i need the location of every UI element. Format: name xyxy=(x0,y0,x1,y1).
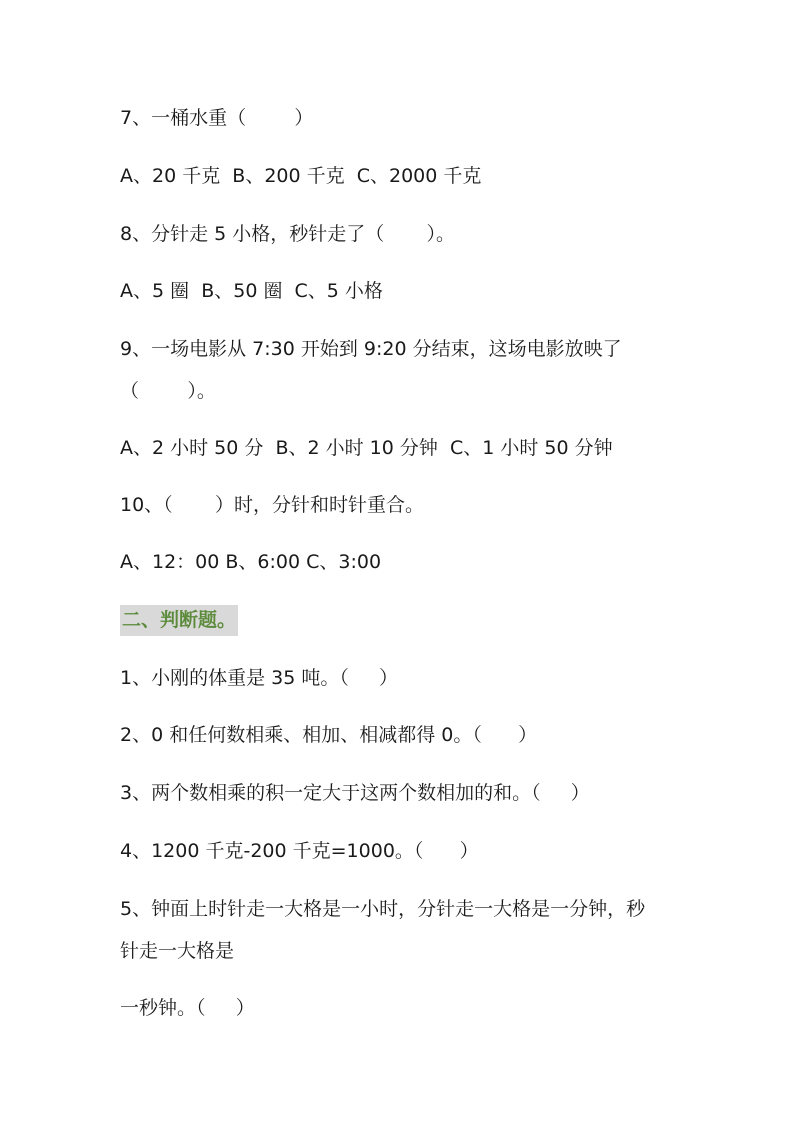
question-9-options: A、2 小时 50 分 B、2 小时 10 分钟 C、1 小时 50 分钟 xyxy=(120,436,613,460)
question-9-text-line-2: （ ）。 xyxy=(120,379,216,403)
question-9-text-line-1: 9、一场电影从 7:30 开始到 9:20 分结束，这场电影放映了 xyxy=(120,337,622,361)
question-8-options: A、5 圈 B、50 圈 C、5 小格 xyxy=(120,279,383,303)
judgment-item-5-line-3: 一秒钟。（ ） xyxy=(120,996,255,1020)
judgment-item-2: 2、0 和任何数相乘、相加、相减都得 0。（ ） xyxy=(120,723,537,747)
judgment-item-3: 3、两个数相乘的积一定大于这两个数相加的和。（ ） xyxy=(120,781,590,805)
question-7-text: 7、一桶水重（ ） xyxy=(120,106,313,130)
question-10-options: A、12：00 B、6:00 C、3:00 xyxy=(120,550,381,574)
judgment-item-1: 1、小刚的体重是 35 吨。（ ） xyxy=(120,666,398,690)
question-7-options: A、20 千克 B、200 千克 C、2000 千克 xyxy=(120,164,481,188)
judgment-item-5-line-2: 针走一大格是 xyxy=(120,939,234,963)
judgment-item-5-line-1: 5、钟面上时针走一大格是一小时，分针走一大格是一分钟，秒 xyxy=(120,897,645,921)
question-10-text: 10、（ ）时，分针和时针重合。 xyxy=(120,493,424,517)
question-8-text: 8、分针走 5 小格，秒针走了（ ）。 xyxy=(120,222,455,246)
judgment-item-4: 4、1200 千克-200 千克=1000。（ ） xyxy=(120,839,479,863)
section-heading-true-false: 二、判断题。 xyxy=(120,605,238,636)
